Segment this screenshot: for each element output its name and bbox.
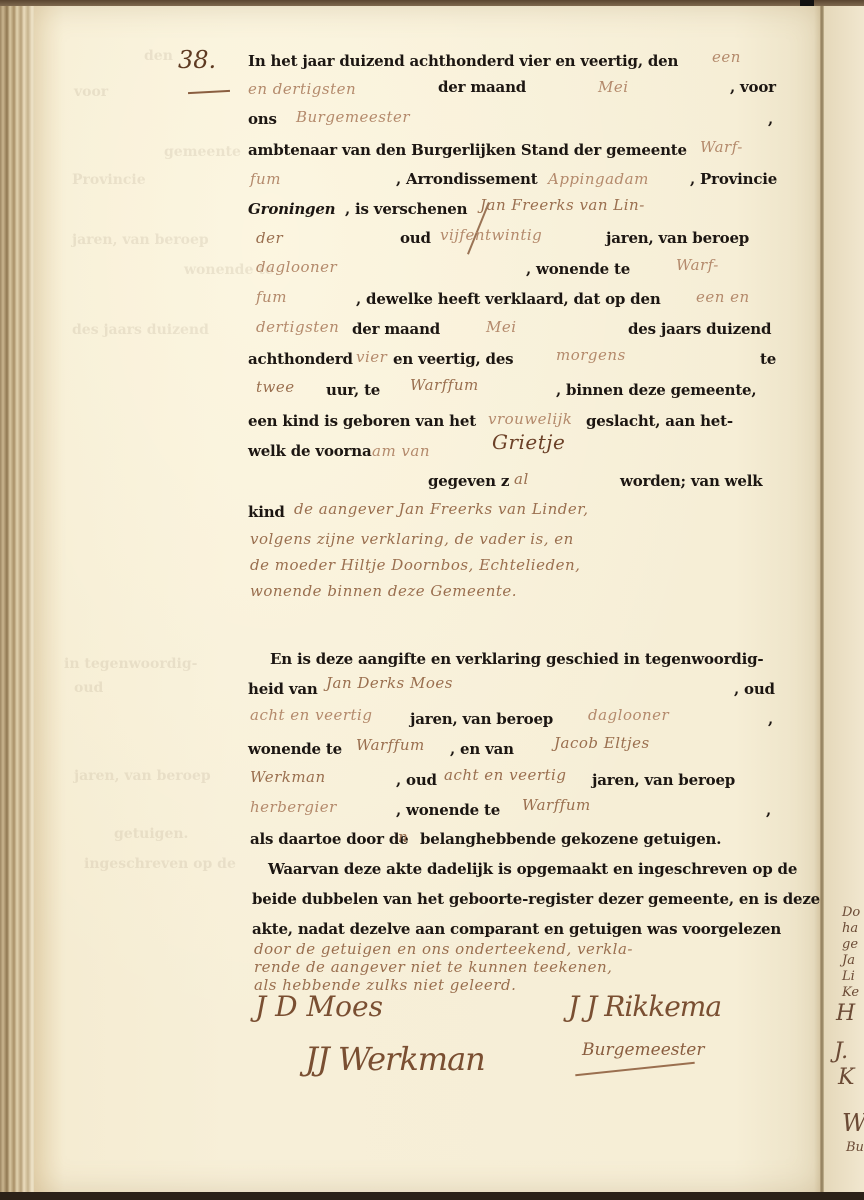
printed-geslacht: geslacht, aan het- bbox=[586, 412, 733, 430]
hand-birthplace: Warffum bbox=[410, 376, 479, 394]
bleed-through-text: jaren, van beroep bbox=[74, 768, 211, 784]
next-page-note-8: J. bbox=[834, 1040, 848, 1064]
printed-worden: worden; van welk bbox=[620, 472, 762, 490]
hand-birth-month: Mei bbox=[486, 318, 517, 336]
printed-uur-te: uur, te bbox=[326, 381, 380, 399]
next-page-note-6: Ke bbox=[842, 985, 859, 1001]
bleed-through-text: jaren, van beroep bbox=[72, 232, 209, 248]
bleed-through-text: in tegenwoordig- bbox=[64, 656, 197, 672]
printed-heid-van: heid van bbox=[248, 680, 318, 698]
printed-jaren-beroep-1: jaren, van beroep bbox=[410, 710, 553, 728]
next-page-note-10: W bbox=[842, 1110, 864, 1136]
hand-residence-2: fum bbox=[256, 288, 287, 306]
hand-before: Burgemeester bbox=[296, 108, 410, 126]
signature-witness-1: J D Moes bbox=[255, 990, 383, 1023]
printed-des-jaars: des jaars duizend bbox=[628, 320, 771, 338]
next-page-note-9: K bbox=[838, 1066, 854, 1090]
printed-en-veertig: en veertig, des bbox=[393, 350, 513, 368]
next-page-note-1: Do bbox=[842, 905, 860, 921]
printed-oud: oud bbox=[400, 229, 431, 247]
next-page-note-3: ge bbox=[842, 937, 858, 953]
printed-verschenen: , is verschenen bbox=[345, 200, 467, 218]
printed-te: te bbox=[760, 350, 776, 368]
bleed-through-text: den bbox=[144, 48, 173, 64]
printed-wonende-te-1: wonende te bbox=[248, 740, 342, 758]
hand-parents-2: volgens zijne verklaring, de vader is, e… bbox=[250, 530, 574, 548]
next-page-note-5: Li bbox=[842, 969, 855, 985]
hand-day-2: en dertigsten bbox=[248, 80, 356, 98]
printed-als-daartoe: als daartoe door de bbox=[250, 830, 408, 848]
hand-municipality-2: fum bbox=[250, 170, 281, 188]
printed-witness-intro: En is deze aangifte en verklaring geschi… bbox=[270, 650, 763, 668]
hand-witness2-residence: Warffum bbox=[522, 796, 591, 814]
stacked-page-edges bbox=[0, 6, 36, 1194]
scanned-register-page: den voor gemeente Provincie jaren, van b… bbox=[0, 0, 864, 1200]
printed-comma: , bbox=[768, 110, 773, 128]
printed-line-4: ambtenaar van den Burgerlijken Stand der… bbox=[248, 141, 687, 159]
hand-closing-1: door de getuigen en ons onderteekend, ve… bbox=[254, 940, 633, 958]
hand-parents-3: de moeder Hiltje Doornbos, Echtelieden, bbox=[250, 556, 580, 574]
hand-child-name: Grietje bbox=[492, 430, 565, 454]
bleed-through-text: ingeschreven op de bbox=[84, 856, 236, 872]
printed-closing-1: Waarvan deze akte dadelijk is opgemaakt … bbox=[268, 860, 797, 878]
printed-kind-geboren: een kind is geboren van het bbox=[248, 412, 476, 430]
printed-jaren-beroep-2: jaren, van beroep bbox=[592, 771, 735, 789]
next-page-note-4: Ja bbox=[842, 953, 855, 969]
hand-day-1: een bbox=[712, 48, 741, 66]
hand-municipality-1: Warf- bbox=[700, 138, 743, 156]
entry-number: 38. bbox=[178, 46, 216, 74]
printed-der-maand-2: der maand bbox=[352, 320, 440, 338]
hand-hour: twee bbox=[256, 378, 295, 396]
printed-comma-3: , bbox=[766, 801, 771, 819]
hand-witness1-age: acht en veertig bbox=[250, 706, 372, 724]
hand-birth-year: vier bbox=[356, 348, 387, 366]
hand-parents-1: de aangever Jan Freerks van Linder, bbox=[294, 500, 589, 518]
hand-witness2-occupation: herbergier bbox=[250, 798, 337, 816]
hand-parents-4: wonende binnen deze Gemeente. bbox=[250, 582, 517, 600]
next-page-note-2: ha bbox=[842, 921, 858, 937]
printed-binnen: , binnen deze gemeente, bbox=[556, 381, 756, 399]
bleed-through-text: getuigen. bbox=[114, 826, 188, 842]
printed-groningen: Groningen bbox=[248, 200, 335, 218]
hand-birth-day-1: een en bbox=[696, 288, 750, 306]
printed-jaren-beroep: jaren, van beroep bbox=[606, 229, 749, 247]
hand-witness1-occupation: daglooner bbox=[588, 706, 669, 724]
hand-arrondissement: Appingadam bbox=[548, 170, 649, 188]
hand-witness2-name-1: Jacob Eltjes bbox=[554, 734, 650, 752]
hand-occupation: daglooner bbox=[256, 258, 337, 276]
printed-en-van: , en van bbox=[450, 740, 514, 758]
printed-wonende-te: , wonende te bbox=[526, 260, 630, 278]
hand-de-suffix: n bbox=[398, 828, 408, 846]
hand-witness1-residence: Warffum bbox=[356, 736, 425, 754]
printed-voorna: welk de voorna bbox=[248, 442, 371, 460]
hand-residence-1: Warf- bbox=[676, 256, 719, 274]
printed-arrondissement: , Arrondissement bbox=[396, 170, 537, 188]
hand-witness2-name-2: Werkman bbox=[250, 768, 326, 786]
signature-mayor: J J Rikkema bbox=[568, 990, 721, 1023]
bleed-through-text: oud bbox=[74, 680, 103, 696]
hand-sex: vrouwelijk bbox=[488, 410, 572, 428]
printed-gegeven: gegeven z bbox=[428, 472, 509, 490]
printed-oud-1: , oud bbox=[734, 680, 775, 698]
printed-line-1: In het jaar duizend achthonderd vier en … bbox=[248, 46, 678, 72]
printed-der-maand: der maand bbox=[438, 78, 526, 96]
hand-closing-2: rende de aangever niet te kunnen teekene… bbox=[254, 958, 612, 976]
book-bottom-edge bbox=[0, 1192, 864, 1200]
next-page-note-7: H bbox=[836, 1002, 855, 1026]
printed-provincie: , Provincie bbox=[690, 170, 777, 188]
hand-witness2-age: acht en veertig bbox=[444, 766, 566, 784]
signature-mayor-title: Burgemeester bbox=[582, 1040, 705, 1060]
hand-birth-day-2: dertigsten bbox=[256, 318, 339, 336]
printed-ons: ons bbox=[248, 110, 277, 128]
signature-witness-2: JJ Werkman bbox=[305, 1040, 485, 1078]
printed-wonende-te-2: , wonende te bbox=[396, 801, 500, 819]
printed-oud-2: , oud bbox=[396, 771, 437, 789]
printed-getuigen: belanghebbende gekozene getuigen. bbox=[420, 830, 721, 848]
printed-closing-2: beide dubbelen van het geboorte-register… bbox=[252, 890, 820, 908]
printed-kind: kind bbox=[248, 503, 285, 521]
bleed-through-text: des jaars duizend bbox=[72, 322, 209, 338]
bleed-through-text: Provincie bbox=[72, 172, 146, 188]
bleed-through-text: voor bbox=[74, 84, 108, 100]
hand-month: Mei bbox=[598, 78, 629, 96]
hand-witness1-name: Jan Derks Moes bbox=[326, 674, 453, 692]
bleed-through-text: gemeente bbox=[164, 144, 241, 160]
hand-zal: al bbox=[514, 470, 529, 488]
hand-name-prefix: am van bbox=[372, 442, 430, 460]
next-page-note-11: Bu bbox=[846, 1140, 864, 1156]
hand-declarant-1: Jan Freerks van Lin- bbox=[480, 196, 645, 214]
printed-closing-3: akte, nadat dezelve aan comparant en get… bbox=[252, 920, 781, 938]
printed-text: In het jaar duizend achthonderd vier en … bbox=[248, 52, 678, 70]
hand-declarant-2: der bbox=[256, 229, 283, 247]
printed-achthonderd: achthonderd bbox=[248, 350, 353, 368]
printed-comma-2: , bbox=[768, 710, 773, 728]
printed-dewelke: , dewelke heeft verklaard, dat op den bbox=[356, 290, 661, 308]
printed-voor: , voor bbox=[730, 78, 776, 96]
hand-age: vijfentwintig bbox=[440, 226, 542, 244]
hand-time-of-day: morgens bbox=[556, 346, 626, 364]
